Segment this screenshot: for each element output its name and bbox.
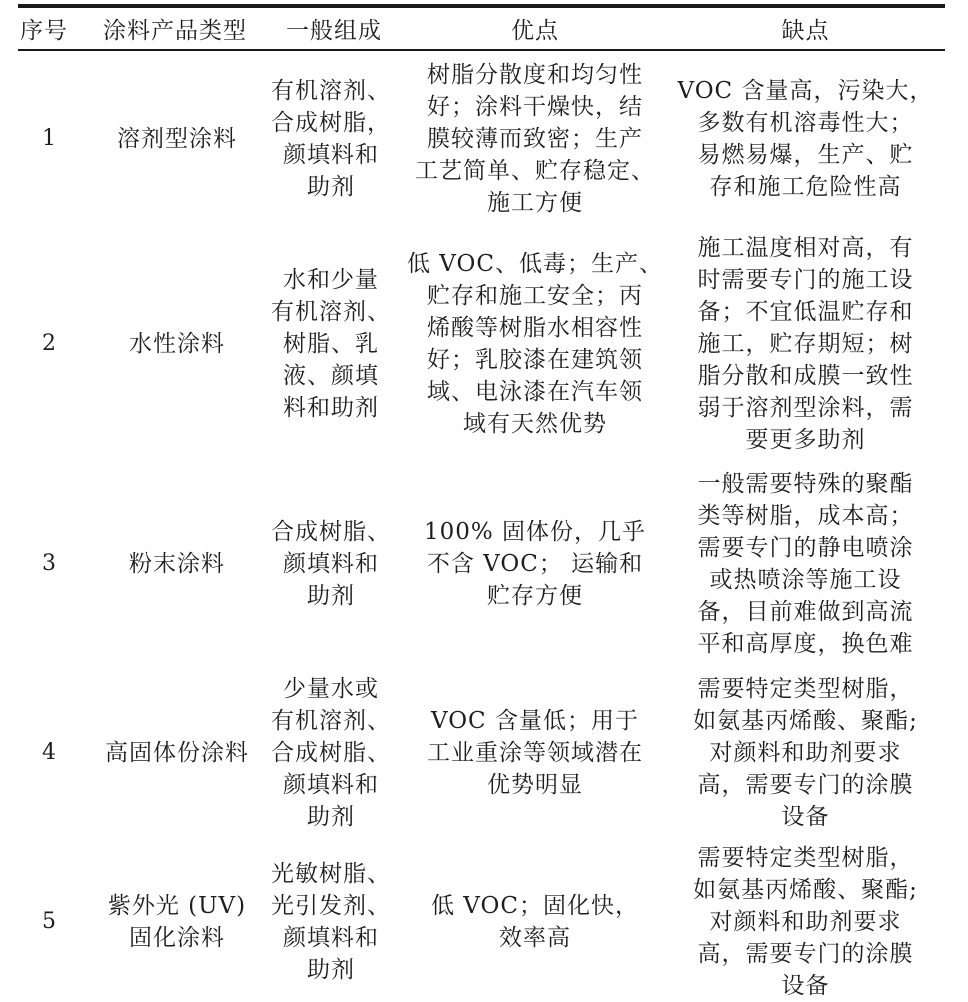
cell-advantages-line: 工艺简单、贮存稳定、 (404, 155, 666, 187)
cell-disadvantages-line: 脂分散和成膜一致性 (666, 360, 945, 392)
cell-advantages: 低 VOC；固化快，效率高 (404, 890, 666, 954)
cell-disadvantages: 施工温度相对高，有时需要专门的施工设备；不宜低温贮存和施工，贮存期短；树脂分散和… (666, 232, 945, 456)
cell-disadvantages-line: 多数有机溶毒性大； (666, 107, 945, 139)
cell-composition-line: 助剂 (264, 954, 398, 986)
cell-type: 粉末涂料 (86, 548, 264, 580)
cell-advantages-line: 工业重涂等领域潜在 (404, 737, 666, 769)
cell-type: 水性涂料 (86, 328, 264, 360)
table-row: 1溶剂型涂料有机溶剂、合成树脂，颜填料和助剂树脂分散度和均匀性好；涂料干燥快，结… (18, 56, 945, 222)
cell-type: 高固体份涂料 (86, 737, 264, 769)
cell-advantages-line: 域有天然优势 (404, 408, 666, 440)
cell-advantages-line: 低 VOC、低毒；生产、 (404, 248, 666, 280)
cell-advantages: 100% 固体份，几乎不含 VOC； 运输和贮存方便 (404, 516, 666, 612)
cell-disadvantages: 需要特定类型树脂，如氨基丙烯酸、聚酯;对颜料和助剂要求高，需要专门的涂膜设备 (666, 842, 945, 1002)
cell-no: 3 (18, 548, 86, 580)
header-disadvantages: 缺点 (666, 12, 945, 45)
cell-composition: 合成树脂、颜填料和助剂 (264, 516, 404, 612)
cell-advantages-line: 树脂分散度和均匀性 (404, 59, 666, 91)
cell-disadvantages-line: 时需要专门的施工设 (666, 264, 945, 296)
cell-disadvantages-line: 施工，贮存期短；树 (666, 328, 945, 360)
cell-type: 溶剂型涂料 (86, 123, 264, 155)
cell-composition-line: 助剂 (264, 171, 398, 203)
cell-composition-line: 颜填料和 (264, 139, 398, 171)
cell-composition-line: 颜填料和 (264, 922, 398, 954)
cell-composition: 光敏树脂、光引发剂、颜填料和助剂 (264, 858, 404, 986)
cell-no: 2 (18, 328, 86, 360)
table-row: 2水性涂料水和少量有机溶剂、树脂、乳液、颜填料和助剂低 VOC、低毒；生产、贮存… (18, 228, 945, 460)
cell-disadvantages-line: 弱于溶剂型涂料，需 (666, 392, 945, 424)
cell-disadvantages-line: 需要特定类型树脂， (666, 842, 945, 874)
cell-advantages-line: 贮存方便 (404, 580, 666, 612)
cell-advantages-line: 膜较薄而致密；生产 (404, 123, 666, 155)
cell-no: 1 (18, 123, 86, 155)
cell-composition-line: 有机溶剂、 (264, 75, 398, 107)
cell-disadvantages-line: 如氨基丙烯酸、聚酯; (666, 705, 945, 737)
table-row: 3粉末涂料合成树脂、颜填料和助剂100% 固体份，几乎不含 VOC； 运输和贮存… (18, 465, 945, 663)
header-composition: 一般组成 (264, 12, 404, 45)
cell-type-line: 粉末涂料 (90, 548, 264, 580)
cell-composition-line: 颜填料和 (264, 548, 398, 580)
cell-advantages: 低 VOC、低毒；生产、贮存和施工安全；丙烯酸等树脂水相容性好；乳胶漆在建筑领域… (404, 248, 666, 440)
cell-no: 5 (18, 906, 86, 938)
header-type: 涂料产品类型 (86, 12, 264, 45)
cell-disadvantages-line: VOC 含量高，污染大， (666, 75, 945, 107)
table-header-row: 序号 涂料产品类型 一般组成 优点 缺点 (18, 8, 945, 49)
cell-disadvantages-line: 类等树脂，成本高； (666, 500, 945, 532)
cell-disadvantages-line: 备，目前难做到高流 (666, 596, 945, 628)
cell-disadvantages-line: 施工温度相对高，有 (666, 232, 945, 264)
cell-composition-line: 合成树脂， (264, 107, 398, 139)
cell-disadvantages-line: 对颜料和助剂要求 (666, 737, 945, 769)
cell-type-line: 紫外光 (UV) (90, 890, 264, 922)
table-row: 4高固体份涂料少量水或有机溶剂、合成树脂、颜填料和助剂VOC 含量低；用于工业重… (18, 668, 945, 838)
cell-composition-line: 光引发剂、 (264, 890, 398, 922)
header-advantages: 优点 (404, 12, 666, 45)
cell-advantages-line: 100% 固体份，几乎 (404, 516, 666, 548)
cell-composition-line: 液、颜填 (264, 360, 398, 392)
cell-composition-line: 有机溶剂、 (264, 705, 398, 737)
cell-composition-line: 颜填料和 (264, 769, 398, 801)
cell-disadvantages-line: 要更多助剂 (666, 424, 945, 456)
cell-composition-line: 合成树脂、 (264, 516, 398, 548)
cell-disadvantages: VOC 含量高，污染大，多数有机溶毒性大；易燃易爆，生产、贮存和施工危险性高 (666, 75, 945, 203)
cell-composition-line: 有机溶剂、 (264, 296, 398, 328)
cell-composition-line: 树脂、乳 (264, 328, 398, 360)
cell-composition-line: 助剂 (264, 580, 398, 612)
cell-advantages-line: 域、电泳漆在汽车领 (404, 376, 666, 408)
cell-advantages-line: 低 VOC；固化快， (404, 890, 666, 922)
cell-disadvantages-line: 高，需要专门的涂膜 (666, 938, 945, 970)
cell-advantages-line: 烯酸等树脂水相容性 (404, 312, 666, 344)
cell-disadvantages-line: 一般需要特殊的聚酯 (666, 468, 945, 500)
table-header-rule (18, 49, 945, 51)
cell-advantages-line: VOC 含量低；用于 (404, 705, 666, 737)
cell-advantages: 树脂分散度和均匀性好；涂料干燥快，结膜较薄而致密；生产工艺简单、贮存稳定、施工方… (404, 59, 666, 219)
cell-advantages-line: 不含 VOC； 运输和 (404, 548, 666, 580)
cell-disadvantages: 需要特定类型树脂，如氨基丙烯酸、聚酯;对颜料和助剂要求高，需要专门的涂膜设备 (666, 673, 945, 833)
cell-disadvantages-line: 高，需要专门的涂膜 (666, 769, 945, 801)
cell-composition-line: 光敏树脂、 (264, 858, 398, 890)
cell-type: 紫外光 (UV)固化涂料 (86, 890, 264, 954)
cell-disadvantages-line: 平和高厚度，换色难 (666, 628, 945, 660)
cell-composition-line: 少量水或 (264, 673, 398, 705)
cell-composition: 少量水或有机溶剂、合成树脂、颜填料和助剂 (264, 673, 404, 833)
cell-disadvantages-line: 备；不宜低温贮存和 (666, 296, 945, 328)
cell-advantages-line: 好；涂料干燥快，结 (404, 91, 666, 123)
cell-disadvantages: 一般需要特殊的聚酯类等树脂，成本高；需要专门的静电喷涂或热喷涂等施工设备，目前难… (666, 468, 945, 660)
cell-advantages: VOC 含量低；用于工业重涂等领域潜在优势明显 (404, 705, 666, 801)
cell-type-line: 固化涂料 (90, 922, 264, 954)
cell-advantages-line: 贮存和施工安全；丙 (404, 280, 666, 312)
cell-composition-line: 助剂 (264, 801, 398, 833)
cell-disadvantages-line: 如氨基丙烯酸、聚酯; (666, 874, 945, 906)
cell-composition: 有机溶剂、合成树脂，颜填料和助剂 (264, 75, 404, 203)
cell-advantages-line: 效率高 (404, 922, 666, 954)
cell-advantages-line: 施工方便 (404, 187, 666, 219)
cell-composition: 水和少量有机溶剂、树脂、乳液、颜填料和助剂 (264, 264, 404, 424)
cell-disadvantages-line: 易燃易爆，生产、贮 (666, 139, 945, 171)
cell-disadvantages-line: 对颜料和助剂要求 (666, 906, 945, 938)
cell-disadvantages-line: 存和施工危险性高 (666, 171, 945, 203)
cell-advantages-line: 优势明显 (404, 769, 666, 801)
cell-type-line: 高固体份涂料 (90, 737, 264, 769)
cell-no: 4 (18, 737, 86, 769)
cell-composition-line: 料和助剂 (264, 392, 398, 424)
header-no: 序号 (18, 12, 86, 45)
cell-composition-line: 合成树脂、 (264, 737, 398, 769)
cell-disadvantages-line: 需要特定类型树脂， (666, 673, 945, 705)
cell-disadvantages-line: 需要专门的静电喷涂 (666, 532, 945, 564)
cell-disadvantages-line: 设备 (666, 801, 945, 833)
cell-disadvantages-line: 或热喷涂等施工设 (666, 564, 945, 596)
cell-type-line: 水性涂料 (90, 328, 264, 360)
cell-composition-line: 水和少量 (264, 264, 398, 296)
cell-disadvantages-line: 设备 (666, 970, 945, 1002)
cell-advantages-line: 好；乳胶漆在建筑领 (404, 344, 666, 376)
table-row: 5紫外光 (UV)固化涂料光敏树脂、光引发剂、颜填料和助剂低 VOC；固化快，效… (18, 842, 945, 1002)
cell-type-line: 溶剂型涂料 (90, 123, 264, 155)
